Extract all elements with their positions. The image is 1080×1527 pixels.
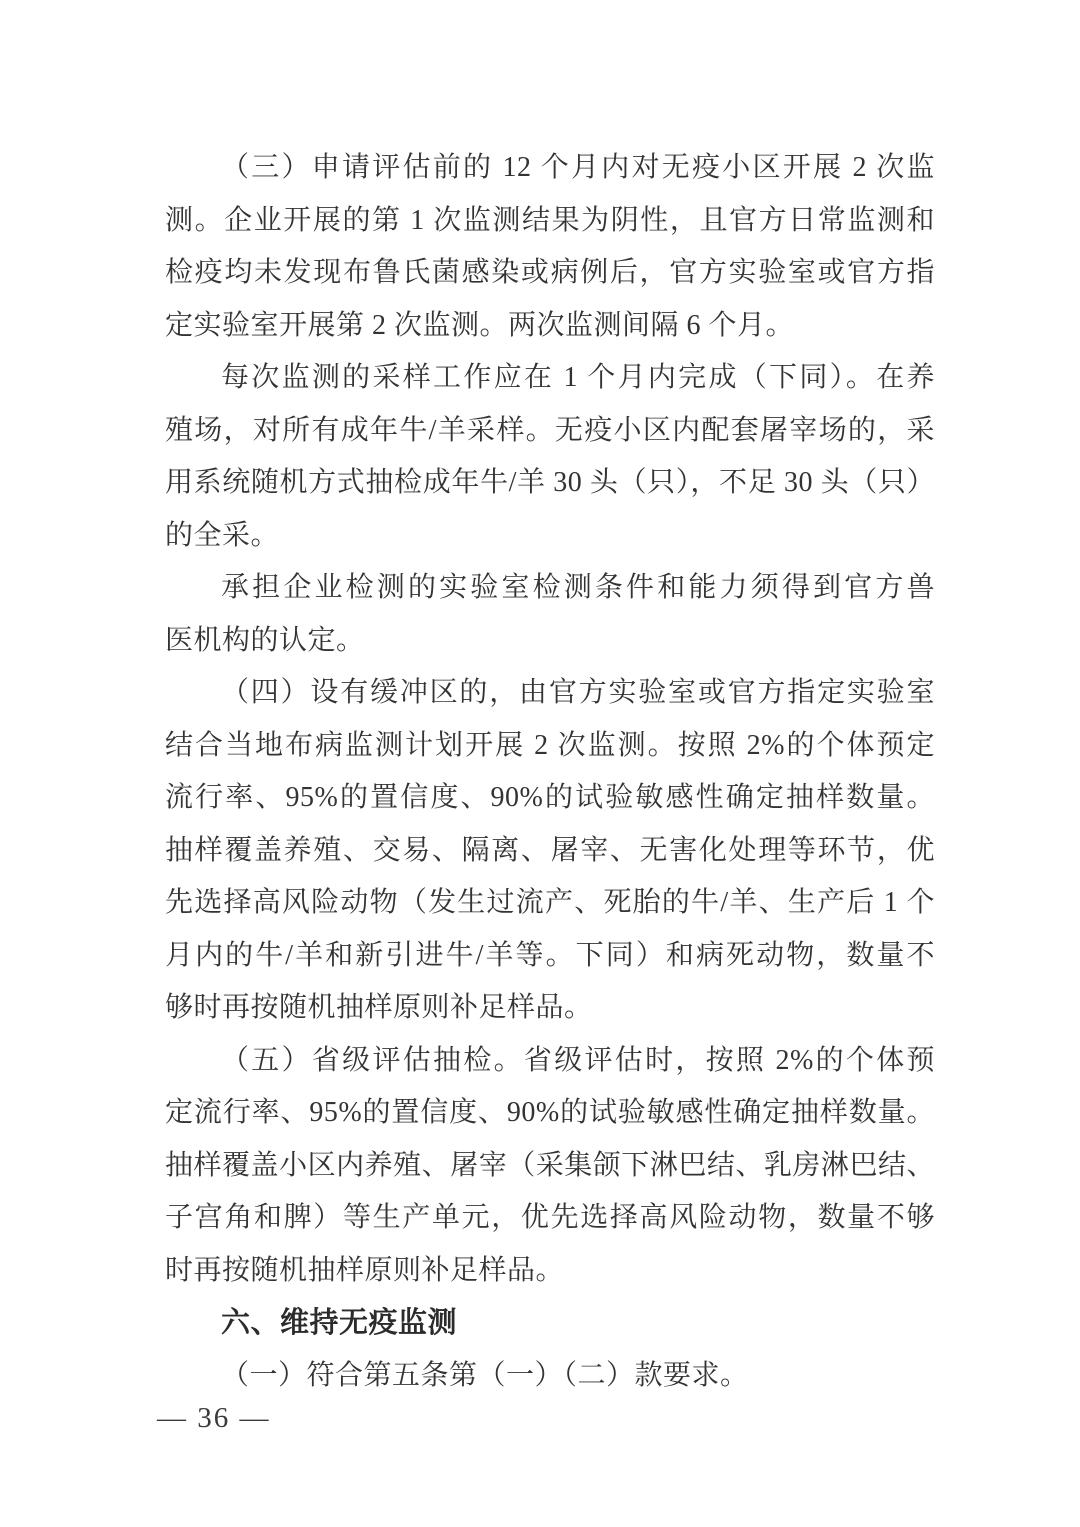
text-line: 每次监测的采样工作应在 1 个月内完成（下同）。在养: [165, 352, 935, 405]
text-line: 定实验室开展第 2 次监测。两次监测间隔 6 个月。: [165, 300, 935, 353]
text-line: 测。企业开展的第 1 次监测结果为阴性，且官方日常监测和: [165, 195, 935, 248]
page-number: — 36 —: [157, 1394, 271, 1442]
text-line: 检疫均未发现布鲁氏菌感染或病例后，官方实验室或官方指: [165, 247, 935, 300]
text-line: 时再按随机抽样原则补足样品。: [165, 1245, 935, 1298]
text-line: 定流行率、95%的置信度、90%的试验敏感性确定抽样数量。: [165, 1087, 935, 1140]
text-line: 够时再按随机抽样原则补足样品。: [165, 982, 935, 1035]
text-line: 流行率、95%的置信度、90%的试验敏感性确定抽样数量。: [165, 772, 935, 825]
text-line: （三）申请评估前的 12 个月内对无疫小区开展 2 次监: [165, 142, 935, 195]
text-line: 结合当地布病监测计划开展 2 次监测。按照 2%的个体预定: [165, 720, 935, 773]
text-line: （一）符合第五条第（一）（二）款要求。: [165, 1350, 935, 1403]
document-body: （三）申请评估前的 12 个月内对无疫小区开展 2 次监 测。企业开展的第 1 …: [165, 142, 935, 1402]
text-line: （四）设有缓冲区的，由官方实验室或官方指定实验室: [165, 667, 935, 720]
text-line: 殖场，对所有成年牛/羊采样。无疫小区内配套屠宰场的，采: [165, 405, 935, 458]
text-line: 抽样覆盖小区内养殖、屠宰（采集颌下淋巴结、乳房淋巴结、: [165, 1140, 935, 1193]
text-line: 用系统随机方式抽检成年牛/羊 30 头（只），不足 30 头（只）: [165, 457, 935, 510]
text-line: （五）省级评估抽检。省级评估时，按照 2%的个体预: [165, 1035, 935, 1088]
text-line: 月内的牛/羊和新引进牛/羊等。下同）和病死动物，数量不: [165, 930, 935, 983]
text-line: 承担企业检测的实验室检测条件和能力须得到官方兽: [165, 562, 935, 615]
text-line: 子宫角和脾）等生产单元，优先选择高风险动物，数量不够: [165, 1192, 935, 1245]
text-line: 的全采。: [165, 510, 935, 563]
document-page: （三）申请评估前的 12 个月内对无疫小区开展 2 次监 测。企业开展的第 1 …: [0, 0, 1080, 1527]
text-line: 抽样覆盖养殖、交易、隔离、屠宰、无害化处理等环节，优: [165, 825, 935, 878]
section-heading: 六、维持无疫监测: [165, 1297, 935, 1350]
text-line: 医机构的认定。: [165, 615, 935, 668]
text-line: 先选择高风险动物（发生过流产、死胎的牛/羊、生产后 1 个: [165, 877, 935, 930]
